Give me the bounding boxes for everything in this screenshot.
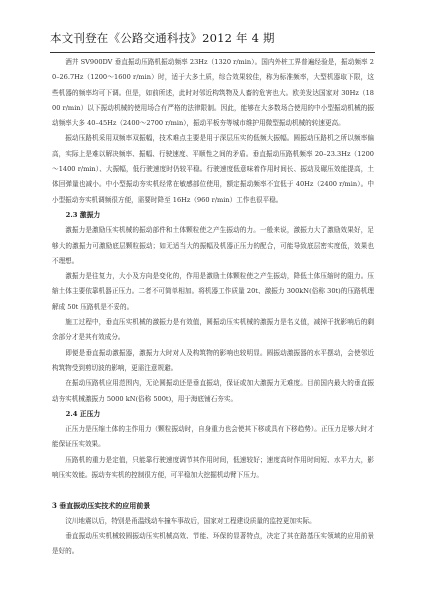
page-header-title: 本文刊登在《公路交通科技》2012 年 4 期 <box>50 30 275 46</box>
paragraph: 正压力是压缩土体的主作用力（颗粒振动时，自身重力也会使其下移或具有下移趋势）。正… <box>52 422 374 453</box>
subsection-heading: 2.4 正压力 <box>52 407 374 422</box>
paragraph: 酒井 SV900DV 垂直振动压路机振动频率 23Hz（1320 r/min）。… <box>52 55 374 131</box>
paragraph: 汶川地震以后，特别是甬温线动车撞车事故后，国家对工程建设质量的监控更加实际。 <box>52 514 374 529</box>
header-divider <box>50 52 375 53</box>
paragraph: 在振动压路机应用范围内，无论圆振动还是垂直振动，保证或加大激振力无难度。目前国内… <box>52 376 374 407</box>
paragraph: 压路机的重力是定值，只能靠行驶速度调节其作用时间，低速较好；速度高时作用时间短、… <box>52 453 374 484</box>
paragraph: 施工过程中，垂直压实机械的激振力是有效值，圆振动压实机械的激振力是名义值，减掉干… <box>52 315 374 346</box>
section-heading: 3 垂直振动压实技术的应用前景 <box>52 498 374 513</box>
paragraph: 激振力是往复力，大小及方向是变化的，作用是激励土体颗粒使之产生振动，降低土体压缩… <box>52 269 374 315</box>
paragraph: 即便是垂直振动激振器，激振力大时对人及构筑物的影响也较明显。圆振动激振器的水平摆… <box>52 346 374 377</box>
paragraph: 振动压路机采用双频率双振幅，技术难点主要是用于深层压实的低频大振幅。圆振动压路机… <box>52 131 374 207</box>
article-body: 酒井 SV900DV 垂直振动压路机振动频率 23Hz（1320 r/min）。… <box>52 55 374 560</box>
subsection-heading: 2.3 激振力 <box>52 208 374 223</box>
paragraph: 激振力是激励压实机械的振动部件和土体颗粒使之产生振动的力。一般来说，激振力大了激… <box>52 223 374 269</box>
paragraph: 垂直振动压实机械较圆振动压实机械高效、节能、环保的显著特点，决定了其在路基压实领… <box>52 529 374 560</box>
